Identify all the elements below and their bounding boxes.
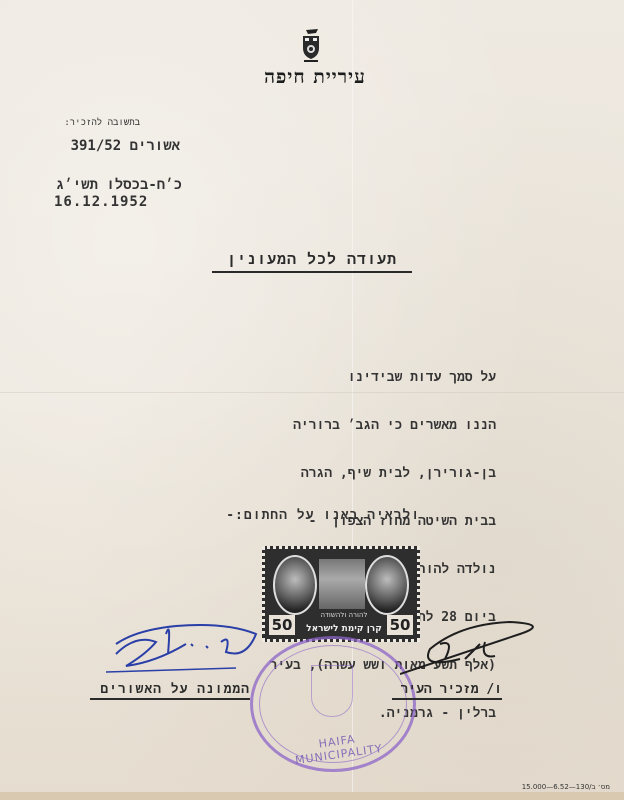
stamp-value-left: 50 — [269, 615, 295, 635]
witness-line: ולראיה באנו על החתום:- — [180, 508, 420, 523]
body-line: הננו מאשרים כי הגב׳ ברוריה — [210, 418, 496, 434]
landscape-icon — [319, 559, 365, 609]
document-title: תעודה לכל המעונין — [212, 250, 412, 273]
municipal-seal: HAIFA MUNICIPALITY — [250, 636, 416, 772]
portrait-left-icon — [273, 555, 317, 615]
revenue-stamp: להורה ולהשודה 50 קרן קימת לישראל 50 — [262, 546, 420, 642]
letterhead-title: עיריית חיפה — [220, 66, 410, 89]
signatory-prefix: ו/ — [486, 682, 502, 697]
reference-number: אשורים 391/52 — [30, 138, 180, 155]
portrait-right-icon — [365, 555, 409, 615]
signatory-title-right: ו/ מזכיר העיר — [392, 682, 502, 700]
signature-left-icon — [96, 614, 266, 684]
stamp-motto: להורה ולהשודה — [299, 611, 389, 619]
date-hebrew: כ׳ח-בכסלו תשי׳ג — [42, 177, 182, 194]
paper-edge — [0, 792, 624, 800]
reference-label: בתשובה להזכיר: — [44, 118, 140, 128]
body-line: בן-גורירן, לבית שיף, הגרה — [210, 466, 496, 482]
signatory-title-text: מזכיר העיר — [400, 682, 478, 697]
haifa-coat-of-arms-icon — [298, 28, 324, 64]
signatory-title-left: הממונה על האשורים — [90, 682, 250, 700]
stamp-fund-text: קרן קימת לישראל — [297, 624, 391, 634]
date-gregorian: 16.12.1952 — [54, 194, 174, 210]
print-code: מס׳ ב/130—6.52—15.000 — [480, 783, 610, 791]
body-line: על סמך עדות שבידינו — [210, 370, 496, 386]
seal-shield-icon — [311, 665, 353, 717]
document-page: עיריית חיפה בתשובה להזכיר: אשורים 391/52… — [0, 0, 624, 800]
